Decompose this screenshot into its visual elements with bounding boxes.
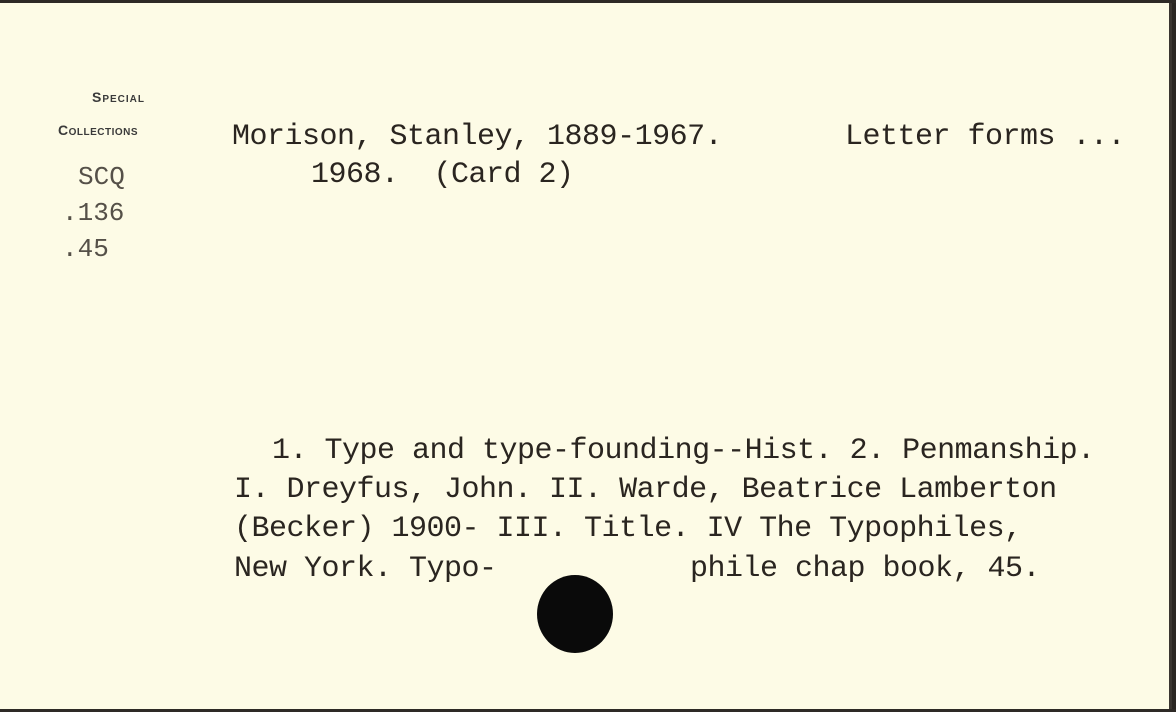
catalog-card: Special Collections SCQ .136 .45 Morison… bbox=[0, 3, 1172, 709]
card-continuation: 1968. (Card 2) bbox=[311, 155, 574, 195]
tracing-line: phile chap book, 45. bbox=[690, 549, 1040, 589]
title-entry: Letter forms ... bbox=[845, 117, 1125, 157]
call-number-line2: .136 bbox=[62, 195, 124, 231]
main-entry-author: Morison, Stanley, 1889-1967. bbox=[232, 117, 722, 157]
location-stamp-line1: Special bbox=[92, 89, 145, 105]
location-stamp-line2: Collections bbox=[58, 122, 138, 138]
call-number-line3: .45 bbox=[62, 231, 109, 267]
tracing-line: 1. Type and type-founding--Hist. 2. Penm… bbox=[272, 431, 1095, 471]
tracing-line: (Becker) 1900- III. Title. IV The Typoph… bbox=[234, 509, 1022, 549]
call-number-line1: SCQ bbox=[78, 159, 125, 195]
tracing-line: I. Dreyfus, John. II. Warde, Beatrice La… bbox=[234, 470, 1057, 510]
tracing-line: New York. Typo- bbox=[234, 549, 497, 589]
punch-hole-icon bbox=[537, 575, 613, 653]
